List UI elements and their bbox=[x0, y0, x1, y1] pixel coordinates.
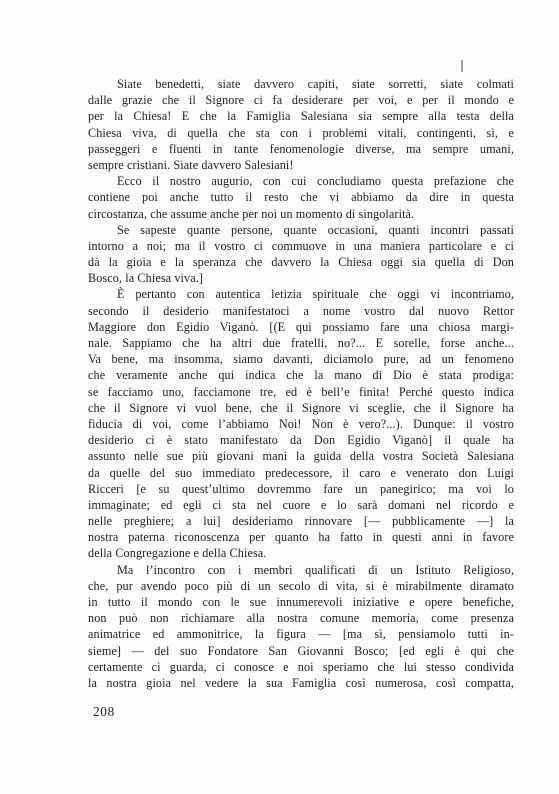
text-line: È pertanto con autentica letizia spiritu… bbox=[88, 286, 514, 302]
text-line: da quelle del suo immediato predecessore… bbox=[88, 465, 514, 481]
paragraph: Ma l’incontro con i membri qualificati d… bbox=[88, 562, 514, 692]
text-line: che, pur avendo poco più di un secolo di… bbox=[88, 578, 514, 594]
text-line: la nostra gioia nel vedere la sua Famigl… bbox=[88, 675, 514, 691]
page-text: Siate benedetti, siate davvero capiti, s… bbox=[88, 76, 514, 691]
text-line: sempre cristiani. Siate davvero Salesian… bbox=[88, 157, 514, 173]
paragraph: È pertanto con autentica letizia spiritu… bbox=[88, 286, 514, 561]
text-line: immaginate; ed egli ci sta nel cuore e l… bbox=[88, 497, 514, 513]
text-line: che veramente anche qui indica che la ma… bbox=[88, 367, 514, 383]
text-line: intorno a noi; ma il vostro ci commuove … bbox=[88, 238, 514, 254]
text-line: animatrice ed ammonitrice, la figura — [… bbox=[88, 626, 514, 642]
text-line: nostra paterna riconoscenza per quanto h… bbox=[88, 529, 514, 545]
text-line: nelle preghiere; a lui] desideriamo rinn… bbox=[88, 513, 514, 529]
text-line: Ma l’incontro con i membri qualificati d… bbox=[88, 562, 514, 578]
text-line: dà la gioia e la speranza che davvero la… bbox=[88, 254, 514, 270]
text-line: secondo il desiderio manifestatoci a nom… bbox=[88, 303, 514, 319]
text-line: Maggiore don Egidio Viganò. [(E qui poss… bbox=[88, 319, 514, 335]
text-line: contiene poi anche tutto il resto che vi… bbox=[88, 189, 514, 205]
text-line: in tutto il mondo con le sue innumerevol… bbox=[88, 594, 514, 610]
text-line: dalle grazie che il Signore ci fa deside… bbox=[88, 92, 514, 108]
text-line: Bosco, la Chiesa viva.] bbox=[88, 270, 514, 286]
paragraph: Siate benedetti, siate davvero capiti, s… bbox=[88, 76, 514, 173]
text-line: passeggeri e fluenti in tante fenomenolo… bbox=[88, 141, 514, 157]
text-line: che il Signore vi vuol bene, che il Sign… bbox=[88, 400, 514, 416]
text-line: certamente ci guarda, ci conosce e noi s… bbox=[88, 659, 514, 675]
text-line: Ecco il nostro augurio, con cui concludi… bbox=[88, 173, 514, 189]
text-line: della Congregazione e della Chiesa. bbox=[88, 545, 514, 561]
text-line: per la Chiesa! E che la Famiglia Salesia… bbox=[88, 108, 514, 124]
text-line: non può non richiamare alla nostra comun… bbox=[88, 610, 514, 626]
book-page: Siate benedetti, siate davvero capiti, s… bbox=[0, 0, 559, 794]
paragraph: Ecco il nostro augurio, con cui concludi… bbox=[88, 173, 514, 222]
scan-artifact bbox=[461, 60, 463, 72]
text-line: assunto nelle sue più giovani mani la gu… bbox=[88, 448, 514, 464]
text-line: Va bene, ma insomma, siamo davanti, dici… bbox=[88, 351, 514, 367]
text-line: circostanza, che assume anche per noi un… bbox=[88, 206, 514, 222]
text-line: fiducia di voi, come l’abbiamo Noi! Non … bbox=[88, 416, 514, 432]
text-line: Chiesa viva, di quella che sta con i pro… bbox=[88, 125, 514, 141]
page-number: 208 bbox=[93, 704, 115, 720]
text-line: Siate benedetti, siate davvero capiti, s… bbox=[88, 76, 514, 92]
text-line: nale. Sappiamo che ha altri due fratelli… bbox=[88, 335, 514, 351]
paragraph: Se sapeste quante persone, quante occasi… bbox=[88, 222, 514, 287]
text-line: sieme] — del suo Fondatore San Giovanni … bbox=[88, 643, 514, 659]
text-line: Se sapeste quante persone, quante occasi… bbox=[88, 222, 514, 238]
text-line: desiderio ci è stato manifestato da Don … bbox=[88, 432, 514, 448]
text-line: se facciamo uno, facciamone tre, ed è be… bbox=[88, 384, 514, 400]
text-line: Ricceri [e su quest’ultimo dovremmo fare… bbox=[88, 481, 514, 497]
